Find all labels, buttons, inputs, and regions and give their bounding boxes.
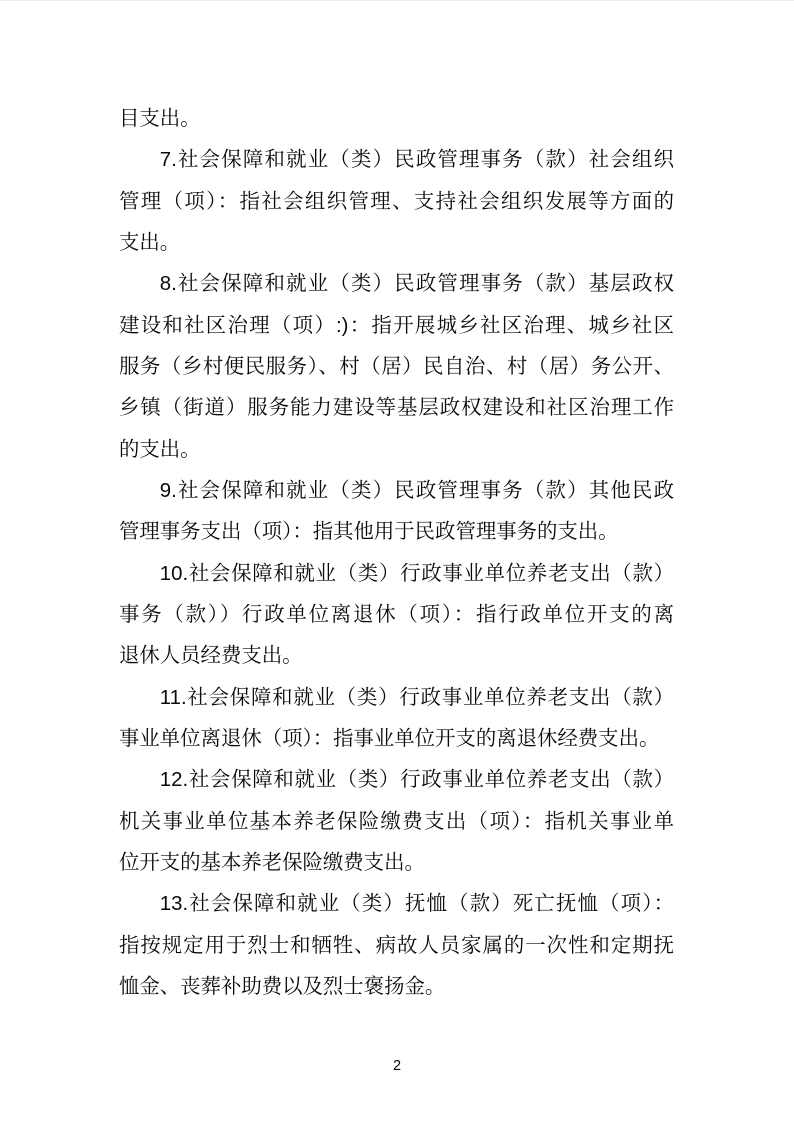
text-line: 事业单位离退休（项）：指事业单位开支的离退休经费支出。 [119, 719, 674, 760]
text-line: 13.社会保障和就业（类）抚恤（款）死亡抚恤（项）： [119, 884, 674, 925]
text-line: 建设和社区治理（项）:)：指开展城乡社区治理、城乡社区 [119, 306, 674, 347]
page-number: 2 [0, 1058, 794, 1074]
text-line: 12.社会保障和就业（类）行政事业单位养老支出（款） [119, 760, 674, 801]
text-line: 位开支的基本养老保险缴费支出。 [119, 843, 674, 884]
text-line: 服务（乡村便民服务）、村（居）民自治、村（居）务公开、 [119, 347, 674, 388]
text-line: 7.社会保障和就业（类）民政管理事务（款）社会组织 [119, 140, 674, 181]
text-line: 恤金、丧葬补助费以及烈士褒扬金。 [119, 967, 674, 1008]
document-page: 目支出。7.社会保障和就业（类）民政管理事务（款）社会组织管理（项）：指社会组织… [0, 0, 794, 1122]
text-line: 11.社会保障和就业（类）行政事业单位养老支出（款） [119, 678, 674, 719]
text-line: 指按规定用于烈士和牺牲、病故人员家属的一次性和定期抚 [119, 926, 674, 967]
text-line: 10.社会保障和就业（类）行政事业单位养老支出（款） [119, 554, 674, 595]
text-line: 8.社会保障和就业（类）民政管理事务（款）基层政权 [119, 264, 674, 305]
text-line: 机关事业单位基本养老保险缴费支出（项）：指机关事业单 [119, 802, 674, 843]
text-line: 支出。 [119, 223, 674, 264]
text-line: 管理事务支出（项）：指其他用于民政管理事务的支出。 [119, 512, 674, 553]
document-body: 目支出。7.社会保障和就业（类）民政管理事务（款）社会组织管理（项）：指社会组织… [119, 99, 674, 1008]
text-line: 退休人员经费支出。 [119, 636, 674, 677]
text-line: 9.社会保障和就业（类）民政管理事务（款）其他民政 [119, 471, 674, 512]
text-line: 的支出。 [119, 430, 674, 471]
text-line: 事务（款））行政单位离退休（项）：指行政单位开支的离 [119, 595, 674, 636]
text-line: 乡镇（街道）服务能力建设等基层政权建设和社区治理工作 [119, 388, 674, 429]
text-line: 管理（项）：指社会组织管理、支持社会组织发展等方面的 [119, 182, 674, 223]
text-line: 目支出。 [119, 99, 674, 140]
